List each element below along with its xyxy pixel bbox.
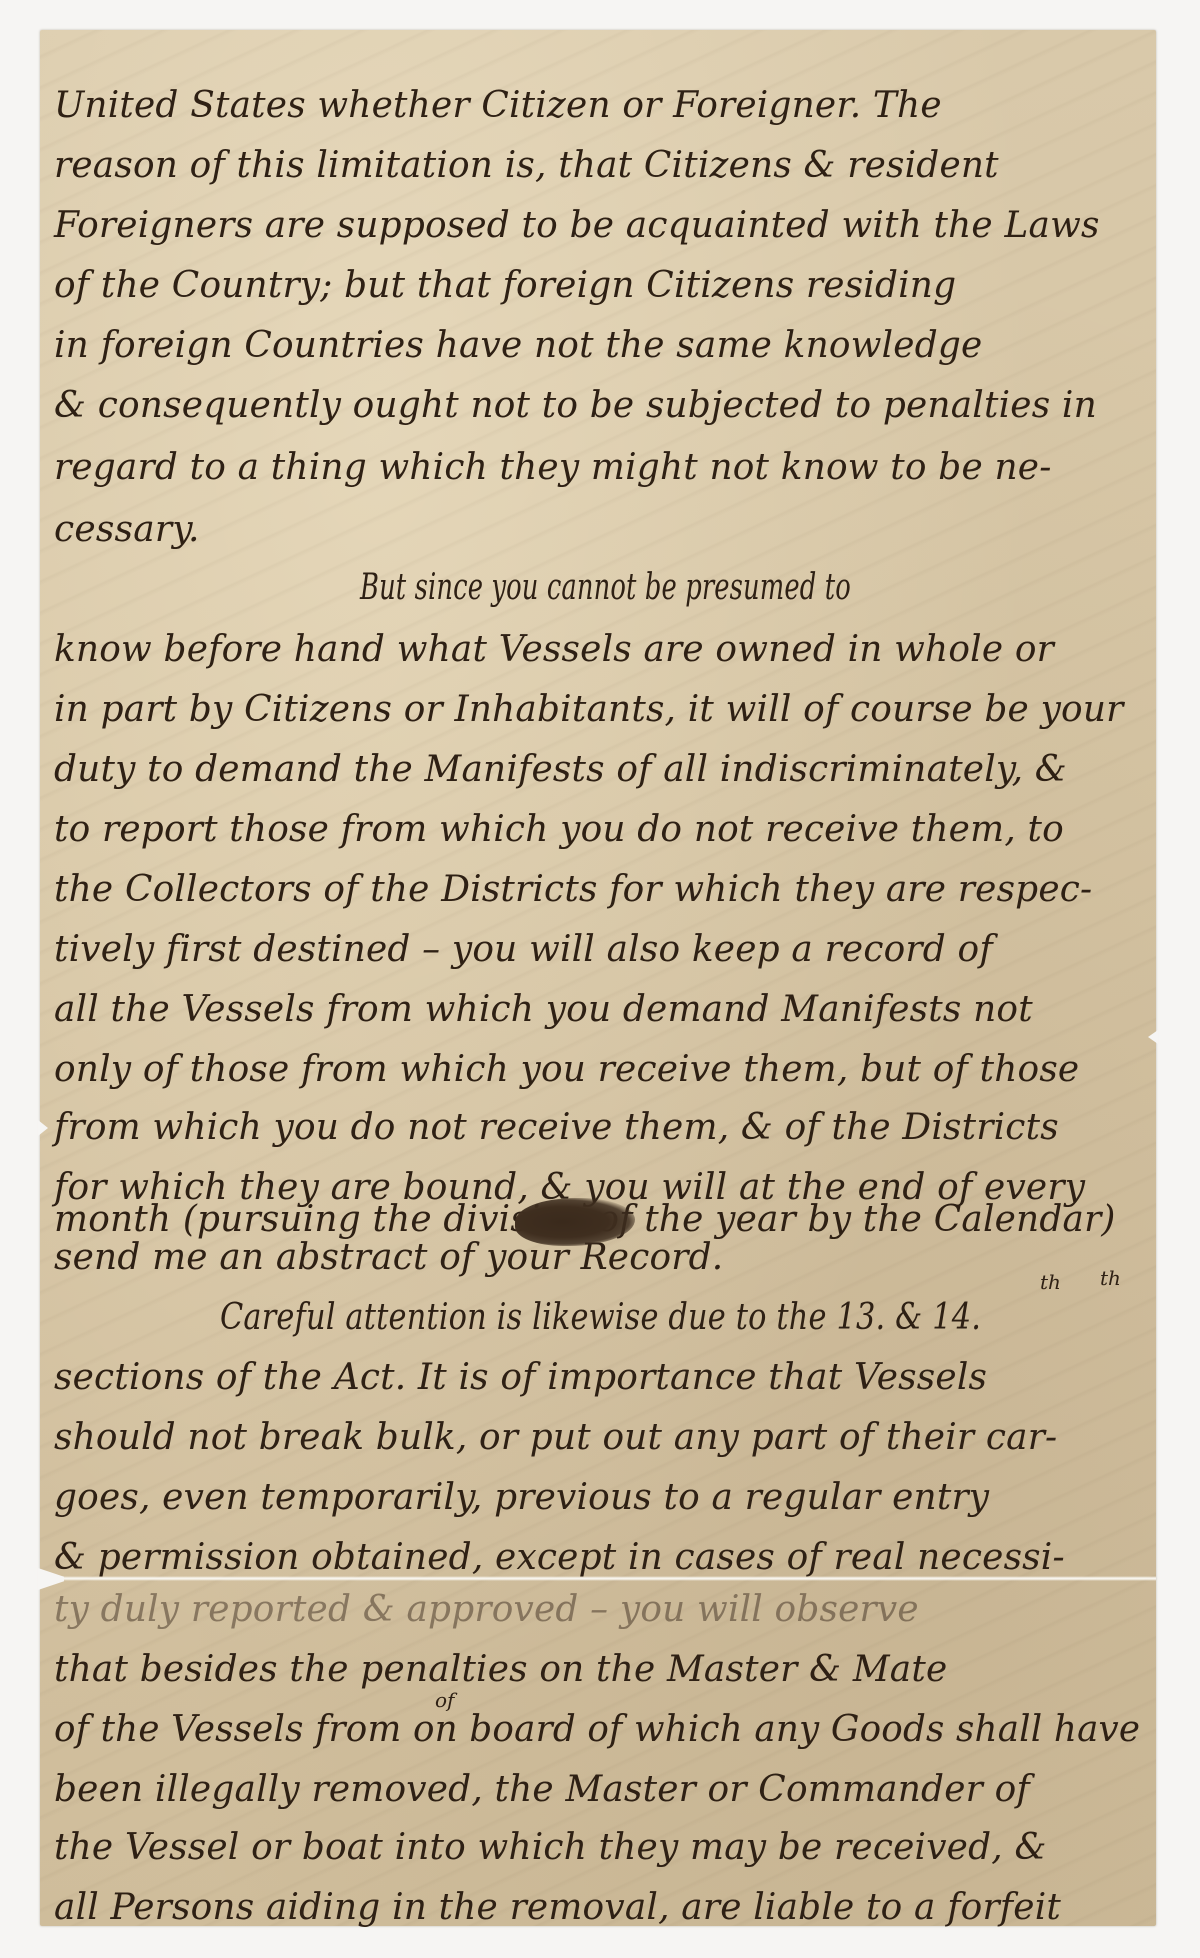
text-line: United States whether Citizen or Foreign… bbox=[54, 88, 1140, 124]
text-line: in foreign Countries have not the same k… bbox=[54, 328, 1140, 364]
text-line: goes, even temporarily, previous to a re… bbox=[54, 1480, 1140, 1516]
text-line: been illegally removed, the Master or Co… bbox=[54, 1772, 1140, 1808]
text-line: & consequently ought not to be subjected… bbox=[54, 388, 1140, 424]
text-line: & permission obtained, except in cases o… bbox=[54, 1540, 1140, 1576]
text-line: regard to a thing which they might not k… bbox=[54, 450, 1140, 486]
text-line: send me an abstract of your Record. bbox=[54, 1240, 1140, 1276]
text-line: to report those from which you do not re… bbox=[54, 812, 1140, 848]
text-line: cessary. bbox=[54, 512, 1144, 548]
text-line: all the Vessels from which you demand Ma… bbox=[54, 992, 1140, 1028]
text-line: duty to demand the Manifests of all indi… bbox=[54, 752, 1140, 788]
tear-notch-left-mid bbox=[38, 1120, 48, 1136]
superscript-th: th bbox=[1040, 1270, 1061, 1294]
text-line: tively first destined – you will also ke… bbox=[54, 932, 1140, 968]
manuscript-page bbox=[40, 30, 1156, 1926]
text-line: that besides the penalties on the Master… bbox=[54, 1652, 1140, 1688]
text-line: sections of the Act. It is of importance… bbox=[54, 1360, 1140, 1396]
text-line: Foreigners are supposed to be acquainted… bbox=[54, 208, 1140, 244]
text-line: know before hand what Vessels are owned … bbox=[54, 632, 1140, 668]
tear-notch-right bbox=[1148, 1030, 1158, 1044]
insertion-mark: of bbox=[435, 1688, 454, 1712]
text-line: But since you cannot be presumed to bbox=[360, 570, 1140, 606]
text-line: the Vessel or boat into which they may b… bbox=[54, 1830, 1140, 1866]
text-line: of the Vessels from on board of which an… bbox=[54, 1712, 1134, 1748]
text-line: reason of this limitation is, that Citiz… bbox=[54, 148, 1140, 184]
text-line: all Persons aiding in the removal, are l… bbox=[54, 1890, 1140, 1926]
text-line: of the Country; but that foreign Citizen… bbox=[54, 268, 1140, 304]
text-line: should not break bulk, or put out any pa… bbox=[54, 1420, 1140, 1456]
superscript-th: th bbox=[1100, 1266, 1121, 1290]
text-line: the Collectors of the Districts for whic… bbox=[54, 872, 1140, 908]
text-line: from which you do not receive them, & of… bbox=[54, 1110, 1140, 1146]
text-line: in part by Citizens or Inhabitants, it w… bbox=[54, 692, 1140, 728]
text-line-damaged: ty duly reported & approved – you will o… bbox=[54, 1592, 1140, 1628]
text-line: Careful attention is likewise due to the… bbox=[220, 1300, 1140, 1336]
text-line: only of those from which you receive the… bbox=[54, 1052, 1140, 1088]
